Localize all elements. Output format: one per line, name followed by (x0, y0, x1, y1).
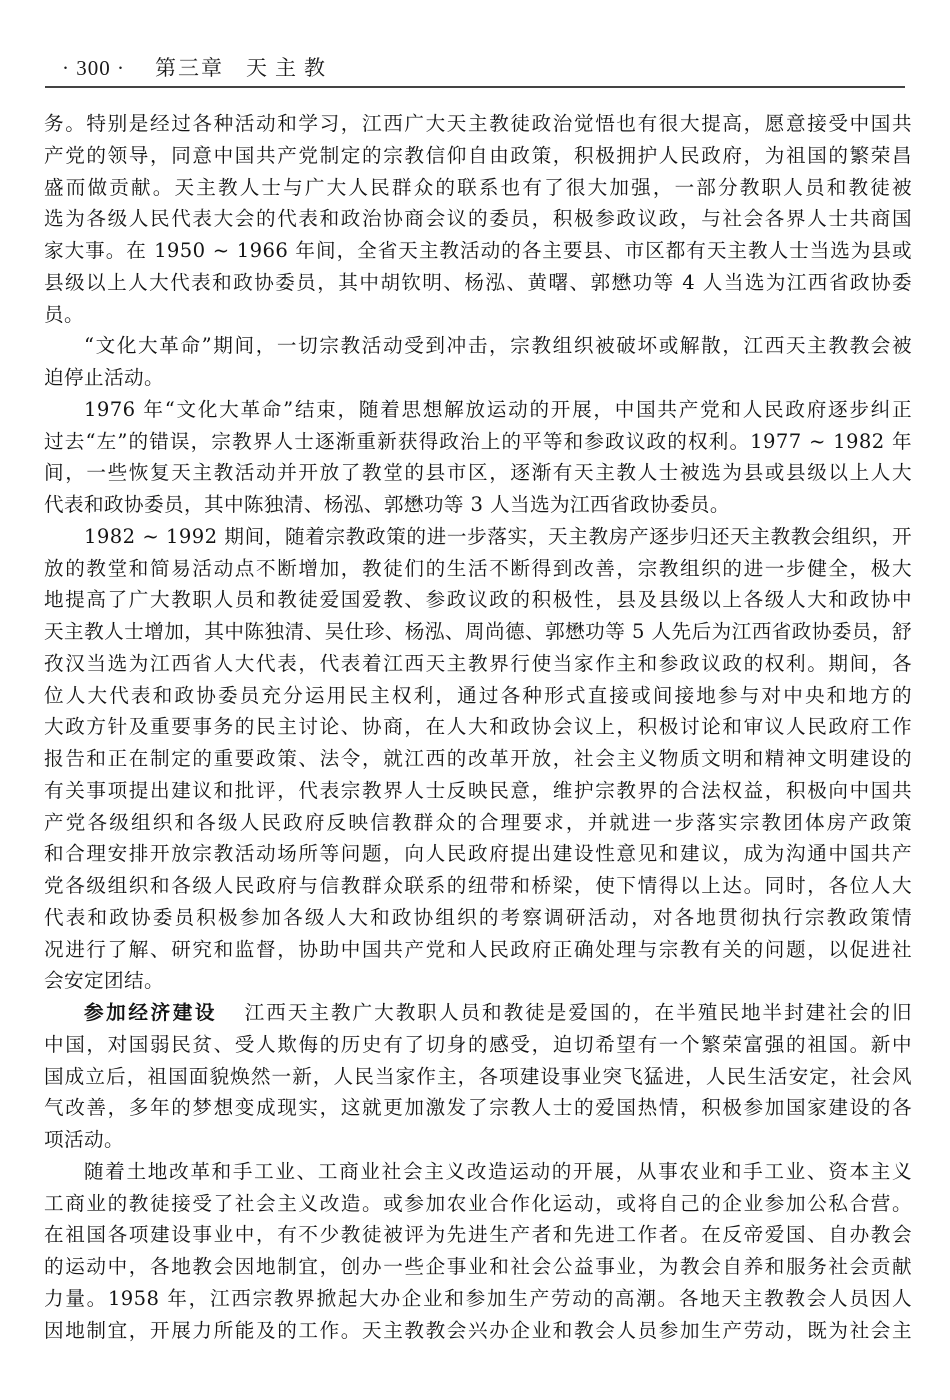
paragraph: 随着土地改革和手工业、工商业社会主义改造运动的开展，从事农业和手工业、资本主义 … (44, 1156, 912, 1347)
text-line: 位人大代表和政协委员充分运用民主权利，通过各种形式直接或间接地参与对中央和地方的 (44, 680, 912, 712)
text-line: 产党的领导，同意中国共产党制定的宗教信仰自由政策，积极拥护人民政府，为祖国的繁荣… (44, 140, 912, 172)
text-line: 会安定团结。 (44, 965, 912, 997)
text-line: 参加经济建设江西天主教广大教职人员和教徒是爱国的，在半殖民地半封建社会的旧 (44, 997, 912, 1029)
text-line-content: 江西天主教广大教职人员和教徒是爱国的，在半殖民地半封建社会的旧 (243, 1001, 912, 1024)
text-line: 和合理安排开放宗教活动场所等问题，向人民政府提出建设性意见和建议，成为沟通中国共… (44, 838, 912, 870)
text-line: 孜汉当选为江西省人大代表，代表着江西天主教界行使当家作主和参政议政的权利。期间，… (44, 648, 912, 680)
text-line: 过去“左”的错误，宗教界人士逐渐重新获得政治上的平等和参政议政的权利。1977 … (44, 426, 912, 458)
text-line: 产党各级组织和各级人民政府反映信教群众的合理要求，并就进一步落实宗教团体房产政策 (44, 807, 912, 839)
text-line: 党各级组织和各级人民政府与信教群众联系的纽带和桥梁，使下情得以上达。同时，各位人… (44, 870, 912, 902)
header-rule (45, 86, 905, 88)
text-line: 力量。1958 年，江西宗教界掀起大办企业和参加生产劳动的高潮。各地天主教教会人… (44, 1283, 912, 1315)
text-line: 气改善，多年的梦想变成现实，这就更加激发了宗教人士的爱国热情，积极参加国家建设的… (44, 1092, 912, 1124)
section-lead-heading: 参加经济建设 (84, 1001, 217, 1024)
text-line: 放的教堂和简易活动点不断增加，教徒们的生活不断得到改善，宗教组织的进一步健全，极… (44, 553, 912, 585)
text-line: 代表和政协委员积极参加各级人大和政协组织的考察调研活动，对各地贯彻执行宗教政策情 (44, 902, 912, 934)
text-line: 代表和政协委员，其中陈独清、杨泓、郭懋功等 3 人当选为江西省政协委员。 (44, 489, 912, 521)
paragraph: 1976 年“文化大革命”结束，随着思想解放运动的开展，中国共产党和人民政府逐步… (44, 394, 912, 521)
chapter-subject: 天主教 (246, 52, 333, 82)
text-line: 工商业的教徒接受了社会主义改造。或参加农业合作化运动，或将自己的企业参加公私合营… (44, 1188, 912, 1220)
text-line: “文化大革命”期间，一切宗教活动受到冲击，宗教组织被破坏或解散，江西天主教教会被 (44, 330, 912, 362)
text-line: 随着土地改革和手工业、工商业社会主义改造运动的开展，从事农业和手工业、资本主义 (44, 1156, 912, 1188)
text-line: 县级以上人大代表和政协委员，其中胡钦明、杨泓、黄曙、郭懋功等 4 人当选为江西省… (44, 267, 912, 299)
text-line: 中国，对国弱民贫、受人欺侮的历史有了切身的感受，迫切希望有一个繁荣富强的祖国。新… (44, 1029, 912, 1061)
text-line: 员。 (44, 299, 912, 331)
paragraph: “文化大革命”期间，一切宗教活动受到冲击，宗教组织被破坏或解散，江西天主教教会被… (44, 330, 912, 394)
text-line: 1976 年“文化大革命”结束，随着思想解放运动的开展，中国共产党和人民政府逐步… (44, 394, 912, 426)
text-line: 国成立后，祖国面貌焕然一新，人民当家作主，各项建设事业突飞猛进，人民生活安定，社… (44, 1061, 912, 1093)
text-line: 家大事。在 1950 ~ 1966 年间，全省天主教活动的各主要县、市区都有天主… (44, 235, 912, 267)
text-line: 迫停止活动。 (44, 362, 912, 394)
text-line: 选为各级人民代表大会的代表和政治协商会议的委员，积极参政议政，与社会各界人士共商… (44, 203, 912, 235)
text-line: 盛而做贡献。天主教人士与广大人民群众的联系也有了很大加强，一部分教职人员和教徒被 (44, 172, 912, 204)
text-line: 间，一些恢复天主教活动并开放了教堂的县市区，逐渐有天主教人士被选为县或县级以上人… (44, 457, 912, 489)
text-line: 地提高了广大教职人员和教徒爱国爱教、参政议政的积极性，县及县级以上各级人大和政协… (44, 584, 912, 616)
text-line: 大政方针及重要事务的民主讨论、协商，在人大和政协会议上，积极讨论和审议人民政府工… (44, 711, 912, 743)
text-line: 在祖国各项建设事业中，有不少教徒被评为先进生产者和先进工作者。在反帝爱国、自办教… (44, 1219, 912, 1251)
text-line: 天主教人士增加，其中陈独清、吴仕珍、杨泓、周尚德、郭懋功等 5 人先后为江西省政… (44, 616, 912, 648)
text-line: 项活动。 (44, 1124, 912, 1156)
text-line: 况进行了解、研究和监督，协助中国共产党和人民政府正确处理与宗教有关的问题，以促进… (44, 934, 912, 966)
body-text: 务。特别是经过各种活动和学习，江西广大天主教徒政治觉悟也有很大提高，愿意接受中国… (44, 108, 912, 1346)
text-line: 有关事项提出建议和批评，代表宗教界人士反映民意，维护宗教界的合法权益，积极向中国… (44, 775, 912, 807)
text-line: 因地制宜，开展力所能及的工作。天主教教会兴办企业和教会人员参加生产劳动，既为社会… (44, 1315, 912, 1347)
paragraph: 1982 ~ 1992 期间，随着宗教政策的进一步落实，天主教房产逐步归还天主教… (44, 521, 912, 997)
running-header: · 300 · 第三章 天主教 (62, 52, 333, 82)
text-line: 的运动中，各地教会因地制宜，创办一些企事业和社会公益事业，为教会自养和服务社会贡… (44, 1251, 912, 1283)
paragraph: 务。特别是经过各种活动和学习，江西广大天主教徒政治觉悟也有很大提高，愿意接受中国… (44, 108, 912, 330)
text-line: 务。特别是经过各种活动和学习，江西广大天主教徒政治觉悟也有很大提高，愿意接受中国… (44, 108, 912, 140)
chapter-title: 第三章 (155, 52, 224, 82)
text-line: 报告和正在制定的重要政策、法令，就江西的改革开放，社会主义物质文明和精神文明建设… (44, 743, 912, 775)
page-number: · 300 · (62, 56, 125, 81)
text-line: 1982 ~ 1992 期间，随着宗教政策的进一步落实，天主教房产逐步归还天主教… (44, 521, 912, 553)
paragraph-section-economic: 参加经济建设江西天主教广大教职人员和教徒是爱国的，在半殖民地半封建社会的旧 中国… (44, 997, 912, 1156)
book-page: · 300 · 第三章 天主教 务。特别是经过各种活动和学习，江西广大天主教徒政… (0, 0, 950, 1400)
